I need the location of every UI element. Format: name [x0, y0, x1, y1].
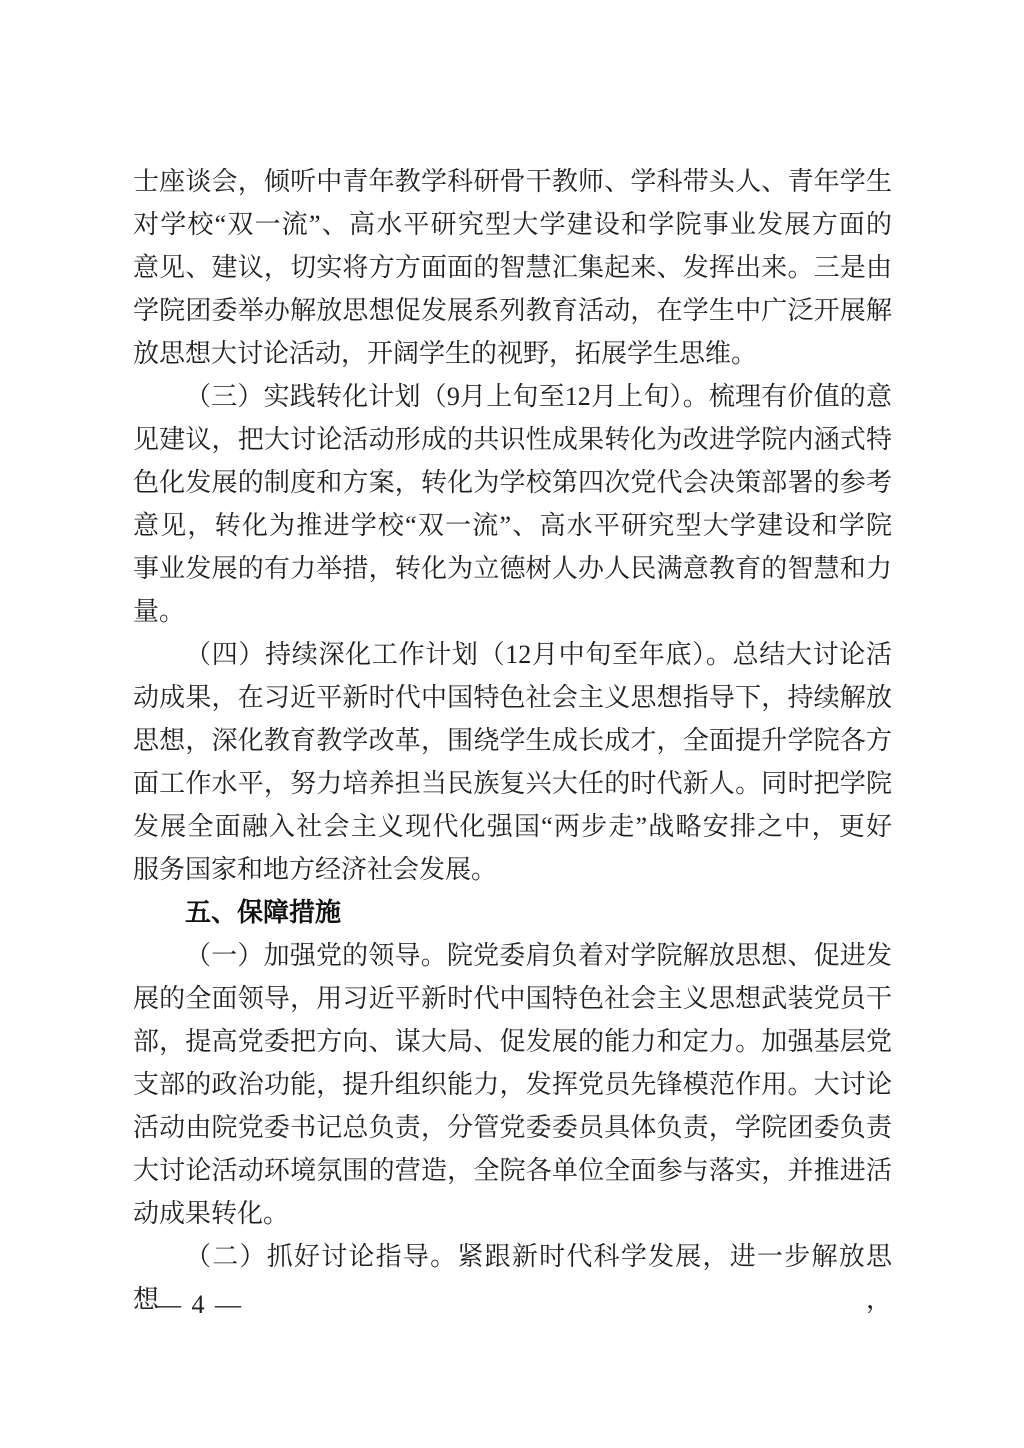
text-line: 动成果，在习近平新时代中国特色社会主义思想指导下，持续解放 [133, 676, 892, 719]
text-line: 士座谈会，倾听中青年教学科研骨干教师、学科带头人、青年学生 [133, 160, 892, 203]
text-line: 大讨论活动环境氛围的营造，全院各单位全面参与落实，并推进活 [133, 1149, 892, 1192]
text-line: 意见、建议，切实将方方面面的智慧汇集起来、发挥出来。三是由 [133, 246, 892, 289]
text-line: 部，提高党委把方向、谋大局、促发展的能力和定力。加强基层党 [133, 1020, 892, 1063]
text-line: 色化发展的制度和方案，转化为学校第四次党代会决策部署的参考 [133, 461, 892, 504]
text-line: （二）抓好讨论指导。紧跟新时代科学发展，进一步解放思想， [133, 1235, 892, 1278]
text-line: 思想，深化教育教学改革，围绕学生成长成才，全面提升学院各方 [133, 719, 892, 762]
text-line: （四）持续深化工作计划（12月中旬至年底）。总结大讨论活 [133, 633, 892, 676]
text-line: 动成果转化。 [133, 1192, 892, 1235]
document-body: 士座谈会，倾听中青年教学科研骨干教师、学科带头人、青年学生对学校“双一流”、高水… [133, 160, 892, 1278]
text-line: 意见，转化为推进学校“双一流”、高水平研究型大学建设和学院 [133, 504, 892, 547]
text-line: 见建议，把大讨论活动形成的共识性成果转化为改进学院内涵式特 [133, 418, 892, 461]
text-line: 面工作水平，努力培养担当民族复兴大任的时代新人。同时把学院 [133, 762, 892, 805]
text-line: 放思想大讨论活动，开阔学生的视野，拓展学生思维。 [133, 332, 892, 375]
text-line: 展的全面领导，用习近平新时代中国特色社会主义思想武装党员干 [133, 977, 892, 1020]
text-line: 服务国家和地方经济社会发展。 [133, 848, 892, 891]
section-heading: 五、保障措施 [133, 891, 892, 934]
text-line: 支部的政治功能，提升组织能力，发挥党员先锋模范作用。大讨论 [133, 1063, 892, 1106]
text-line: （一）加强党的领导。院党委肩负着对学院解放思想、促进发 [133, 934, 892, 977]
text-line: 量。 [133, 590, 892, 633]
text-line: 学院团委举办解放思想促发展系列教育活动，在学生中广泛开展解 [133, 289, 892, 332]
page-number: — 4 — [155, 1283, 243, 1326]
text-line: 事业发展的有力举措，转化为立德树人办人民满意教育的智慧和力 [133, 547, 892, 590]
text-line: （三）实践转化计划（9月上旬至12月上旬）。梳理有价值的意 [133, 375, 892, 418]
text-line: 活动由院党委书记总负责，分管党委委员具体负责，学院团委负责 [133, 1106, 892, 1149]
text-line: 对学校“双一流”、高水平研究型大学建设和学院事业发展方面的 [133, 203, 892, 246]
document-page: 士座谈会，倾听中青年教学科研骨干教师、学科带头人、青年学生对学校“双一流”、高水… [0, 0, 1024, 1448]
text-line: 发展全面融入社会主义现代化强国“两步走”战略安排之中，更好 [133, 805, 892, 848]
